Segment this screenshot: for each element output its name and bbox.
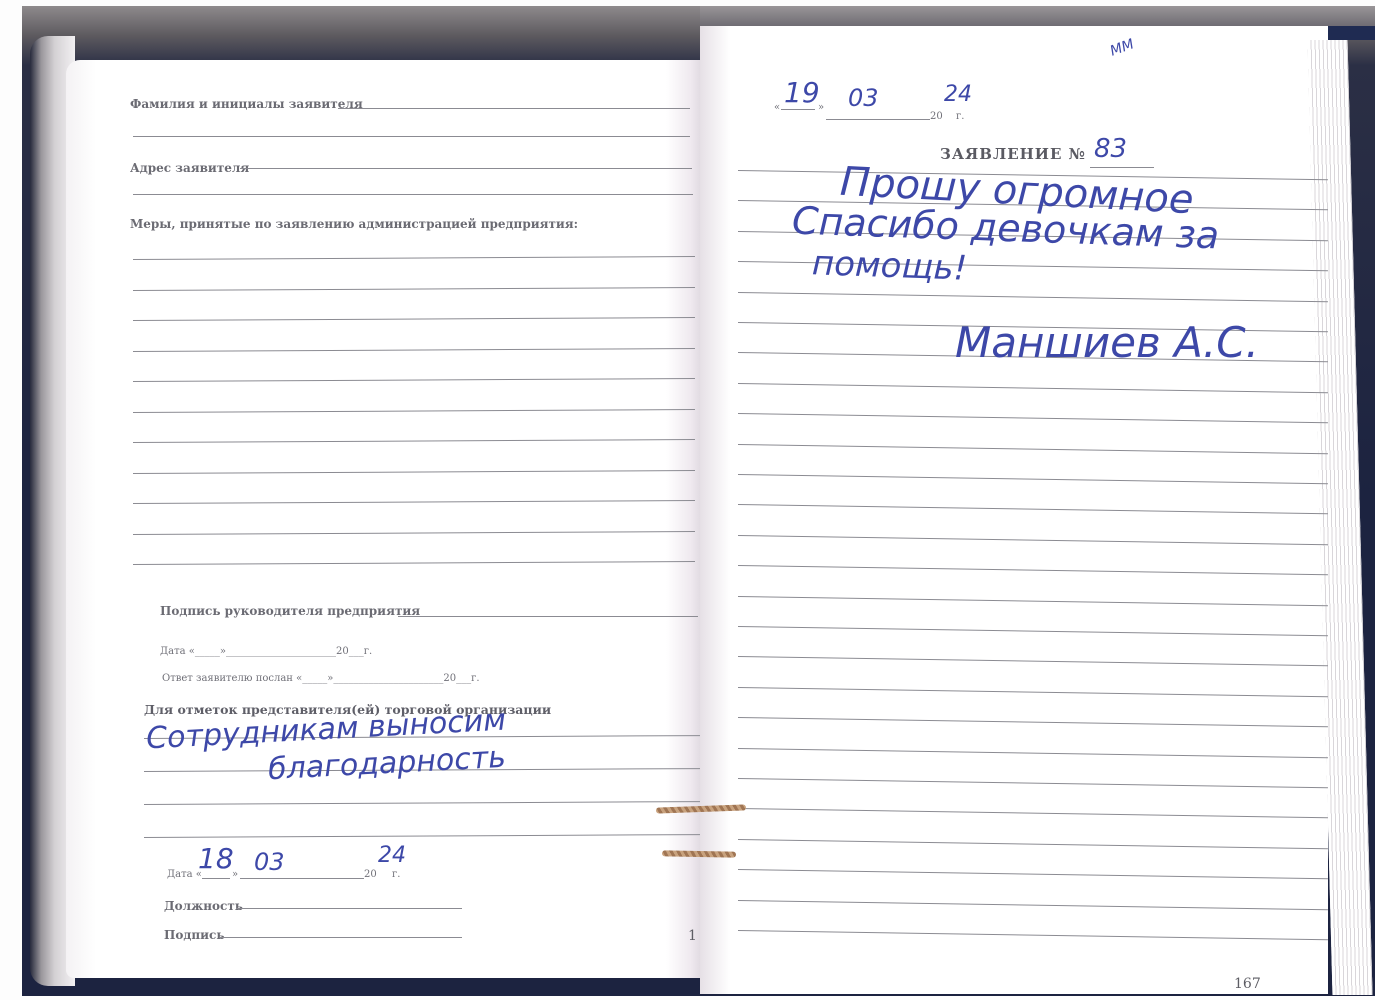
date2-day: 18 (198, 842, 234, 875)
date2-prefix: Дата « (167, 869, 202, 880)
left-page-number: 1 (688, 928, 697, 944)
position-line (236, 908, 462, 909)
date-month-line (826, 119, 930, 120)
date-open-quote: « (774, 102, 780, 113)
date-label: Дата «_____»______________________20___г… (160, 646, 372, 657)
date2-year-prefix: 20 (364, 869, 377, 880)
cover-top-edge (700, 6, 1375, 26)
binding-string-bottom (662, 850, 736, 857)
date2-month: 03 (254, 848, 285, 876)
application-text-line-3: помощь! (811, 243, 967, 288)
application-number: 83 (1094, 134, 1127, 164)
application-number-line (1090, 167, 1154, 168)
signature-label: Подпись (164, 928, 224, 942)
signature-line (220, 937, 462, 938)
applicant-signature: Маншиев А.С. (955, 318, 1259, 367)
applicant-address-line (240, 168, 692, 169)
date2-suffix: г. (392, 869, 400, 880)
date2-month-line (240, 878, 364, 879)
manager-signature-line (398, 616, 698, 617)
right-page-number: 167 (1234, 976, 1261, 992)
date2-day-line (202, 878, 230, 879)
date-year-prefix: 20 (930, 111, 943, 122)
left-page (66, 60, 706, 978)
applicant-address-label: Адрес заявителя (130, 161, 249, 175)
date-day-line (781, 109, 815, 110)
application-date-month: 03 (848, 84, 879, 112)
application-title: ЗАЯВЛЕНИЕ № (940, 145, 1086, 163)
applicant-address-line-2 (133, 194, 693, 195)
measures-label: Меры, принятые по заявлению администраци… (130, 217, 578, 231)
applicant-name-label: Фамилия и инициалы заявителя (130, 97, 363, 111)
applicant-name-line (338, 108, 690, 109)
manager-signature-label: Подпись руководителя предприятия (160, 604, 420, 618)
date2-year: 24 (378, 843, 406, 868)
reply-sent-label: Ответ заявителю послан «_____»__________… (162, 673, 480, 684)
application-date-day: 19 (784, 76, 820, 109)
scanned-book-spread: Фамилия и инициалы заявителя Адрес заяви… (0, 0, 1375, 1000)
application-date-year: 24 (944, 82, 972, 107)
position-label: Должность (164, 899, 243, 913)
date-suffix: г. (956, 111, 964, 122)
applicant-name-line-2 (133, 136, 690, 137)
